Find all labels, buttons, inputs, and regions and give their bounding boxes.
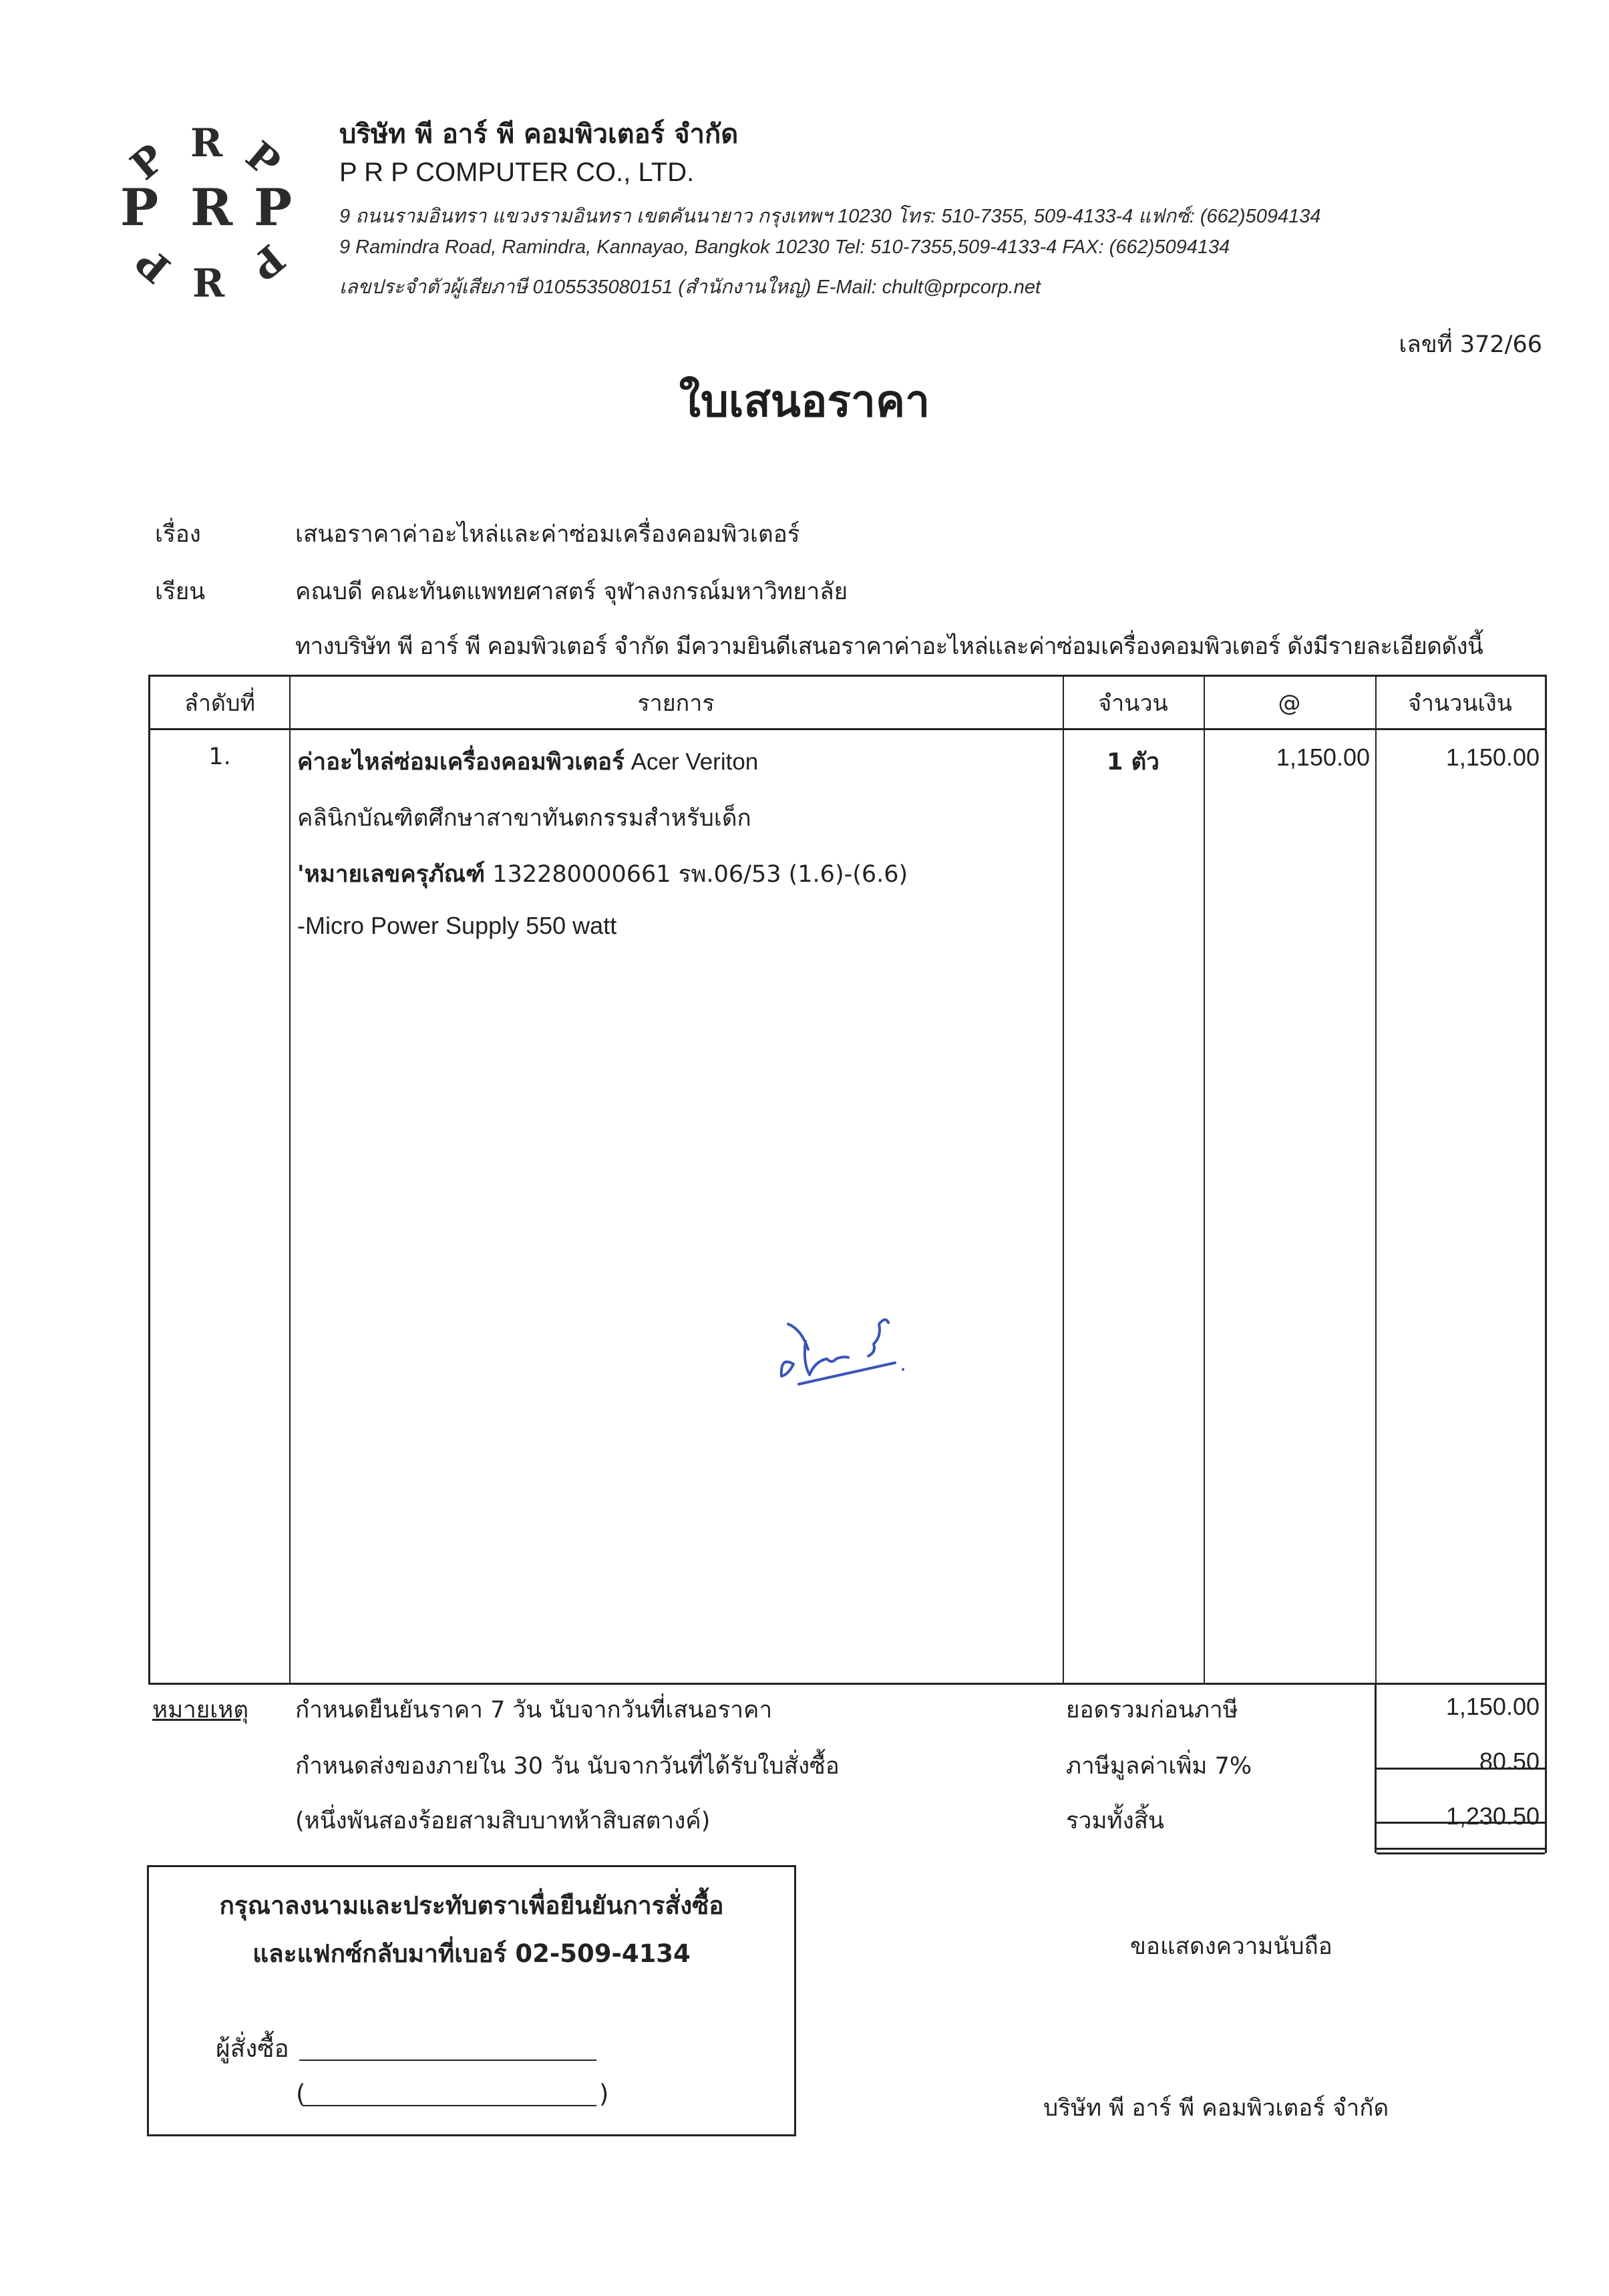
buyer-signature-line[interactable] <box>299 2060 596 2061</box>
vat-value: 80.50 <box>1479 1748 1540 1776</box>
subject-label: เรื่อง <box>155 516 201 552</box>
svg-text:R: R <box>190 120 223 166</box>
note-amount-in-words: (หนึ่งพันสองร้อยสามสิบบาทห้าสิบสตางค์) <box>295 1802 710 1839</box>
row-department: คลินิกบัณฑิตศึกษาสาขาทันตกรรมสำหรับเด็ก <box>297 800 751 836</box>
note-price-validity: กำหนดยืนยันราคา 7 วัน นับจากวันที่เสนอรา… <box>295 1691 772 1728</box>
total-value: 1,230.50 <box>1446 1802 1540 1830</box>
subtotal-value: 1,150.00 <box>1446 1693 1540 1721</box>
prp-logo-icon: P R P R R P P P P <box>120 115 321 302</box>
row-title: ค่าอะไหล่ซ่อมเครื่องคอมพิวเตอร์ Acer Ver… <box>297 744 758 780</box>
closing-company: บริษัท พี อาร์ พี คอมพิวเตอร์ จำกัด <box>1043 2090 1389 2126</box>
items-table: ลำดับที่ รายการ จำนวน @ จำนวนเงิน 1. ค่า… <box>148 675 1547 1685</box>
svg-text:P: P <box>128 238 179 292</box>
buyer-name-line[interactable] <box>303 2105 596 2106</box>
asset-number-value: 132280000661 รพ.06/53 (1.6)-(6.6) <box>485 861 908 888</box>
row-asset-number: 'หมายเลขครุภัณฑ์ 132280000661 รพ.06/53 (… <box>297 856 908 892</box>
svg-text:R: R <box>192 261 225 302</box>
order-confirmation-box: กรุณาลงนามและประทับตราเพื่อยืนยันการสั่ง… <box>147 1865 796 2136</box>
subject-value: เสนอราคาค่าอะไหล่และค่าซ่อมเครื่องคอมพิว… <box>295 516 800 552</box>
svg-text:P: P <box>254 178 292 237</box>
asset-number-label: 'หมายเลขครุภัณฑ์ <box>297 861 485 888</box>
company-name-th: บริษัท พี อาร์ พี คอมพิวเตอร์ จำกัด <box>339 112 738 155</box>
column-divider <box>1204 677 1205 1683</box>
company-address-en: 9 Ramindra Road, Ramindra, Kannayao, Ban… <box>339 236 1230 259</box>
total-label: รวมทั้งสิ้น <box>1066 1802 1164 1839</box>
svg-text:P: P <box>242 236 293 289</box>
summary-double-line <box>1377 1852 1545 1854</box>
document-number: เลขที่ 372/66 <box>1399 326 1542 363</box>
recipient-label: เรียน <box>155 573 205 610</box>
header-description: รายการ <box>289 677 1063 730</box>
header-amount: จำนวนเงิน <box>1375 677 1545 730</box>
company-address-th: 9 ถนนรามอินทรา แขวงรามอินทรา เขตคันนายาว… <box>339 200 1320 231</box>
closing-regards: ขอแสดงความนับถือ <box>1130 1928 1332 1965</box>
column-divider <box>1063 677 1064 1683</box>
row-quantity: 1 ตัว <box>1063 744 1204 780</box>
paren-open: ( <box>296 2080 305 2108</box>
row-unit-price: 1,150.00 <box>1204 744 1370 772</box>
header-no: ลำดับที่ <box>150 677 289 730</box>
company-tax-email: เลขประจำตัวผู้เสียภาษี 0105535080151 (สำ… <box>339 271 1041 302</box>
summary-double-line <box>1377 1848 1545 1850</box>
svg-text:R: R <box>190 178 233 237</box>
column-divider <box>1375 677 1377 1683</box>
document-title: ใบเสนอราคา <box>0 366 1609 436</box>
vat-label: ภาษีมูลค่าเพิ่ม 7% <box>1066 1748 1252 1784</box>
header-unit-price: @ <box>1204 677 1375 730</box>
buyer-label: ผู้สั่งซื้อ <box>216 2029 289 2068</box>
row-title-model: Acer Veriton <box>624 749 758 775</box>
row-no: 1. <box>150 744 289 770</box>
company-name-en: P R P COMPUTER CO., LTD. <box>339 158 694 188</box>
subtotal-label: ยอดรวมก่อนภาษี <box>1066 1691 1238 1728</box>
intro-paragraph: ทางบริษัท พี อาร์ พี คอมพิวเตอร์ จำกัด ม… <box>295 628 1483 665</box>
recipient-value: คณบดี คณะทันตแพทยศาสตร์ จุฬาลงกรณ์มหาวิท… <box>295 573 848 610</box>
row-amount: 1,150.00 <box>1375 744 1540 772</box>
note-delivery: กำหนดส่งของภายใน 30 วัน นับจากวันที่ได้ร… <box>295 1748 840 1784</box>
summary-box: 1,150.00 80.50 1,230.50 <box>1375 1685 1547 1853</box>
column-divider <box>289 677 291 1683</box>
row-title-bold: ค่าอะไหล่ซ่อมเครื่องคอมพิวเตอร์ <box>297 749 624 776</box>
row-part: -Micro Power Supply 550 watt <box>297 912 616 940</box>
confirm-instruction: กรุณาลงนามและประทับตราเพื่อยืนยันการสั่ง… <box>149 1886 794 1925</box>
header-quantity: จำนวน <box>1063 677 1204 730</box>
notes-label: หมายเหตุ <box>152 1691 248 1728</box>
confirm-fax: และแฟกซ์กลับมาที่เบอร์ 02-509-4134 <box>149 1934 794 1973</box>
paren-close: ) <box>599 2080 608 2108</box>
handwritten-signature-icon <box>761 1289 908 1389</box>
